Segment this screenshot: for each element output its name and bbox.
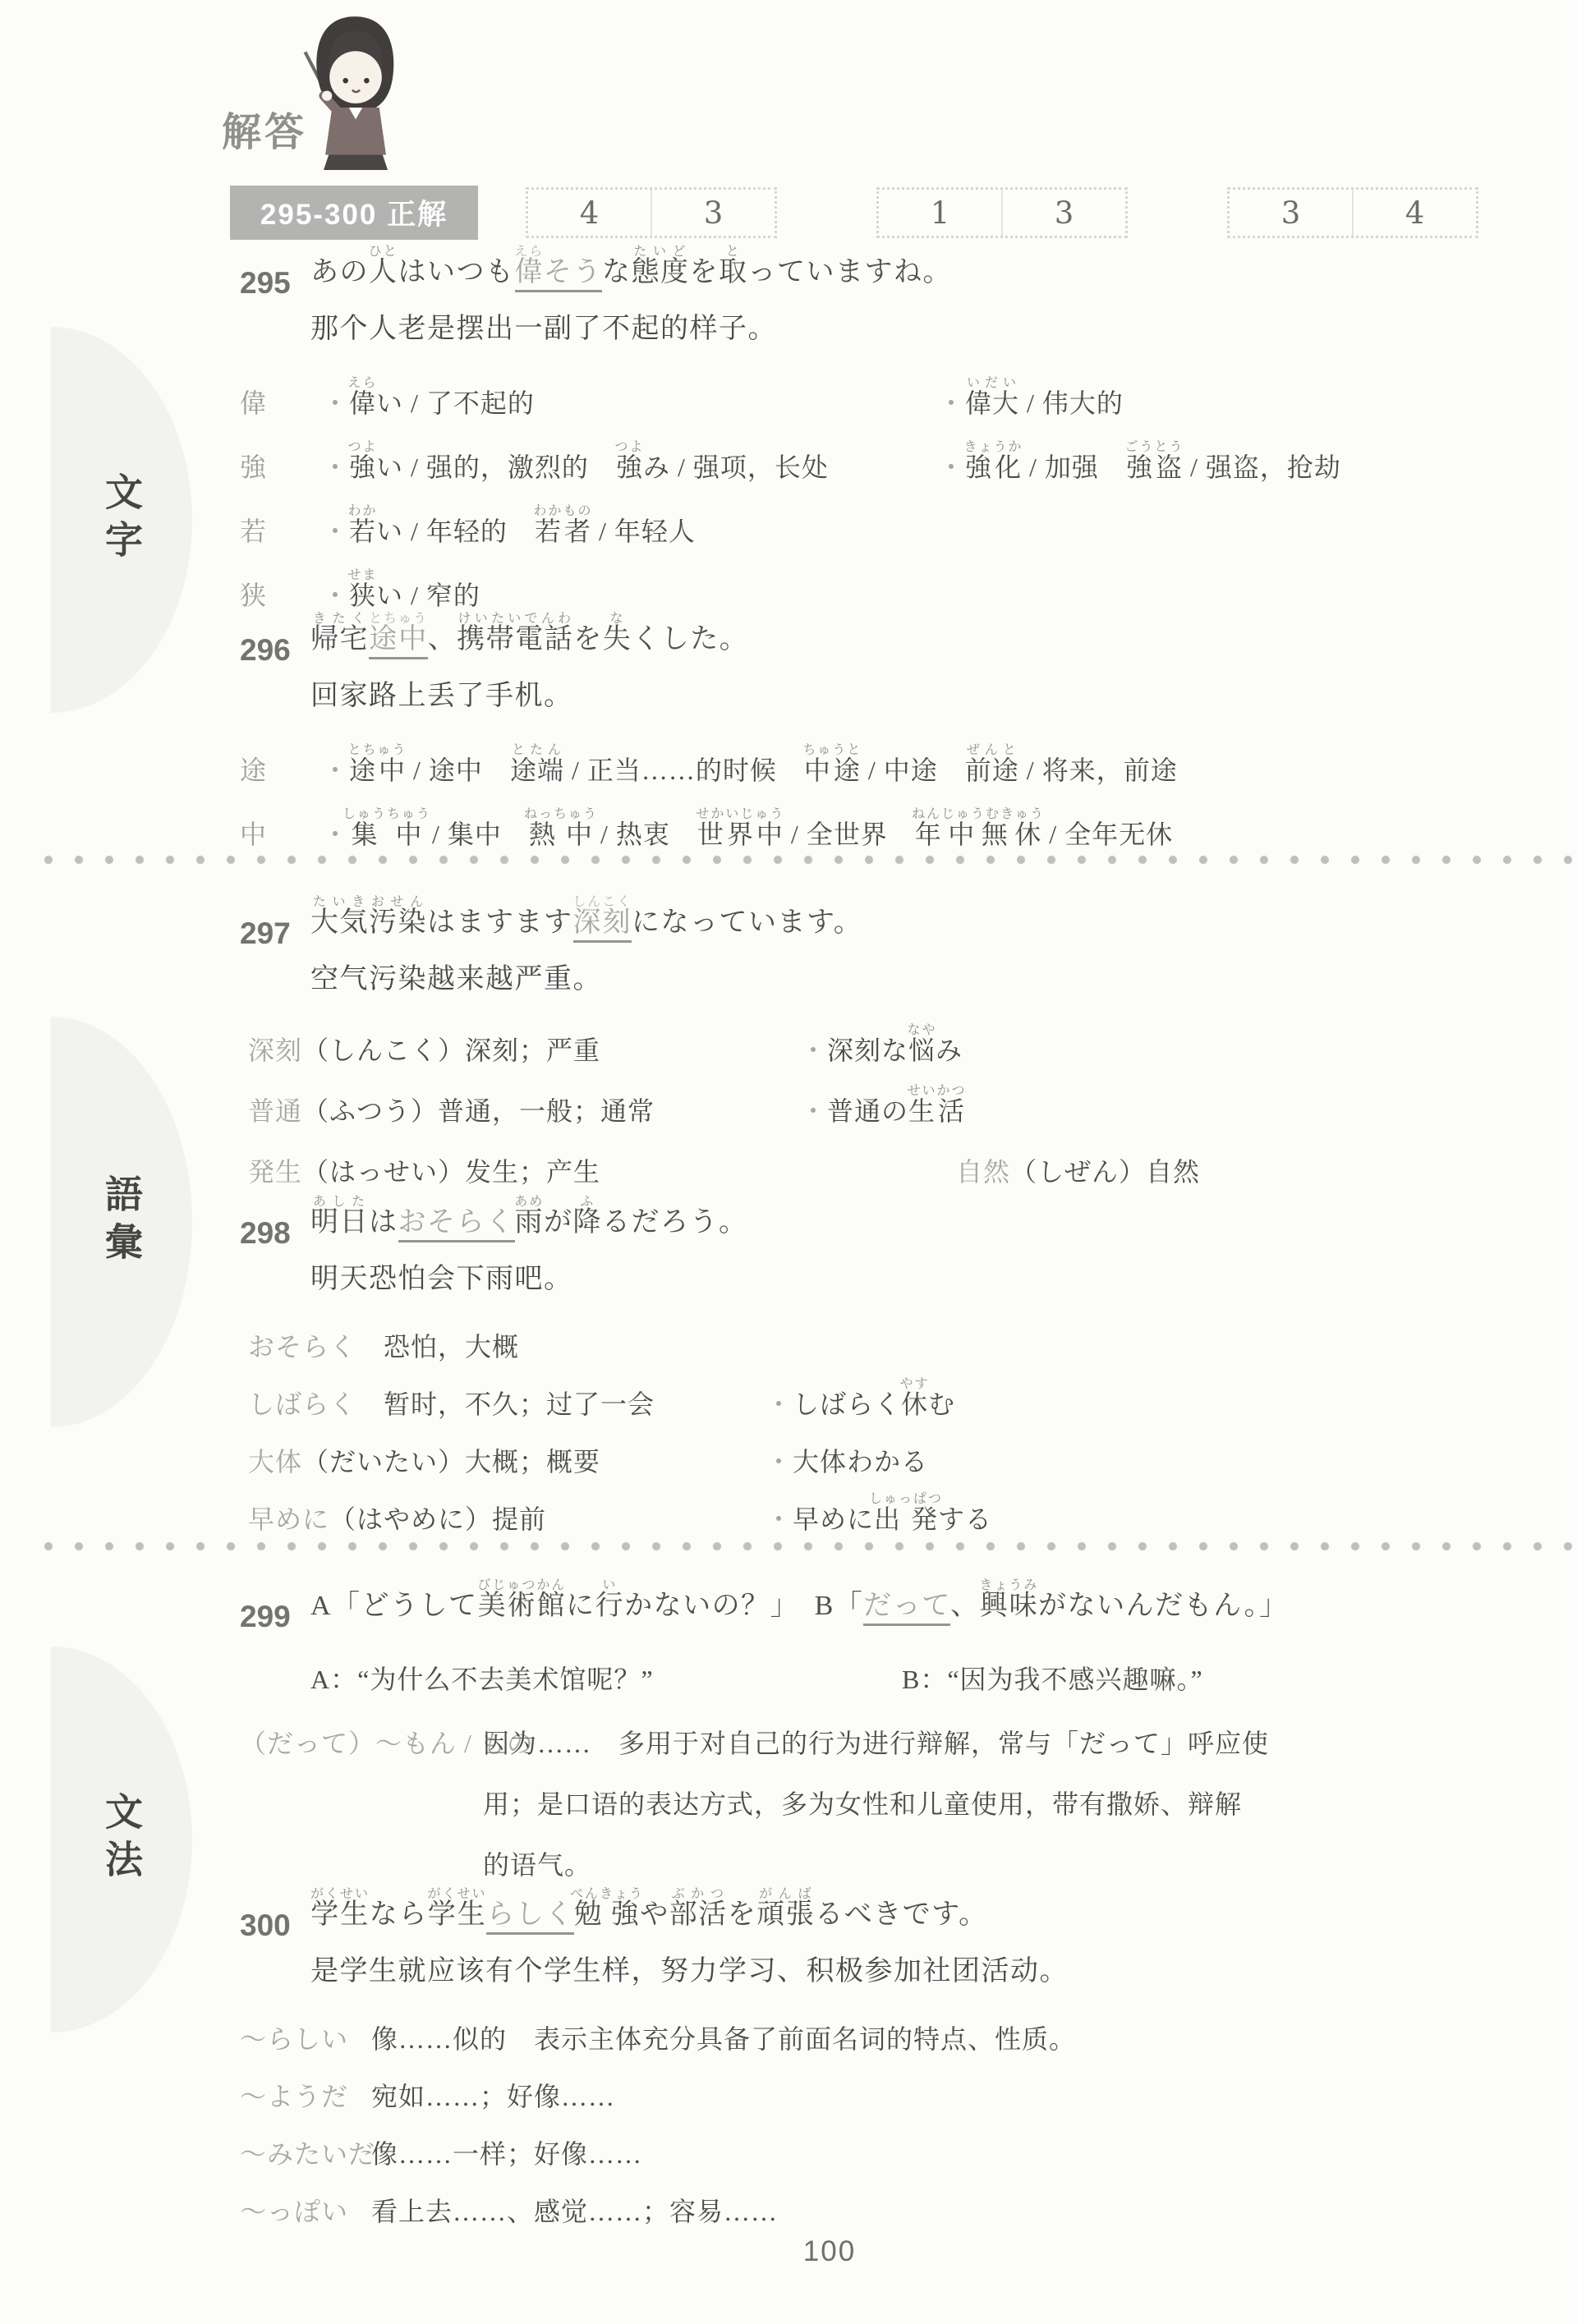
- question-number: 298: [240, 1216, 291, 1251]
- definition-row: ～っぽい看上去……、感觉……；容易……: [240, 2173, 1546, 2230]
- question-sentence: 明日あしたはおそらく雨あめが降ふるだろう。: [310, 1195, 1546, 1249]
- question-number: 295: [240, 266, 291, 301]
- question-sentence: A「どうして美術館びじゅつかんに行いかないの？」 B「だって、興味きょうみがない…: [310, 1578, 1546, 1633]
- definition-row: 発生（はっせい）发生；产生自然（しぜん）自然: [240, 1130, 1546, 1191]
- question-sentence: 大気たいき汚染おせんはますます深刻しんこくになっています。: [310, 895, 1546, 949]
- question-295: 295 あの人ひとはいつも偉えらそうな態度たいどを取とっていますね。 那个人老是…: [240, 245, 1546, 614]
- translation: 回家路上丢了手机。: [310, 679, 1546, 714]
- definition-row: 普通（ふつう）普通，一般；通常・普通の生活せいかつ: [240, 1069, 1546, 1130]
- answer-group: 43: [526, 187, 777, 238]
- sidebar-tab-label: 文字: [94, 472, 149, 567]
- sidebar-tab-goi: 語彙: [51, 1017, 192, 1427]
- question-299: 299 A「どうして美術館びじゅつかんに行いかないの？」 B「だって、興味きょう…: [240, 1578, 1546, 1884]
- definition-row: おそらく 恐怕，大概: [240, 1308, 1546, 1366]
- definition-row: A：“为什么不去美术馆呢？”B：“因为我不感兴趣嘛。”: [240, 1644, 1546, 1698]
- question-sentence: 学生がくせいなら学生がくせいらしく勉強べんきょうや部活ぶかつを頑張がんばるべきで…: [310, 1887, 1546, 1941]
- definition-row: 若・若わかい / 年轻的 若者わかもの / 年轻人: [240, 486, 1546, 550]
- answer-cell: 3: [1001, 190, 1125, 236]
- definition-row: 強・強つよい / 强的，激烈的 強つよみ / 强项，长处・強化きょうか / 加强…: [240, 422, 1546, 486]
- question-number: 297: [240, 916, 291, 951]
- sidebar-tab-moji: 文字: [51, 327, 192, 713]
- explanation-rows: （だって）～もん / もの因为…… 多用于对自己的行为进行辩解，常与「だって」呼…: [240, 1702, 1546, 1884]
- translation: 那个人老是摆出一副了不起的样子。: [310, 312, 1546, 347]
- answer-strip: 431334: [526, 187, 1478, 240]
- question-sentence: あの人ひとはいつも偉えらそうな態度たいどを取とっていますね。: [310, 245, 1546, 299]
- sidebar-tab-label: 文法: [94, 1792, 149, 1887]
- definition-row: 途・途中とちゅう / 途中 途端とたん / 正当……的时候 中途ちゅうと / 中…: [240, 725, 1546, 789]
- definition-row: ～みたいだ像……一样；好像……: [240, 2115, 1546, 2173]
- question-number: 300: [240, 1908, 291, 1943]
- question-298: 298 明日あしたはおそらく雨あめが降ふるだろう。 明天恐怕会下雨吧。 おそらく…: [240, 1195, 1546, 1538]
- definition-row: 大体（だいたい）大概；概要・大体わかる: [240, 1423, 1546, 1481]
- translation: 是学生就应该有个学生样，努力学习、积极参加社团活动。: [310, 1954, 1546, 1989]
- question-number: 299: [240, 1600, 291, 1634]
- sidebar-tab-label: 語彙: [94, 1174, 149, 1270]
- answer-cell: 1: [879, 190, 1001, 236]
- dotted-divider: [43, 854, 1577, 866]
- dotted-divider: [43, 1541, 1577, 1552]
- definition-rows: 偉・偉えらい / 了不起的・偉大いだい / 伟大的強・強つよい / 强的，激烈的…: [240, 358, 1546, 614]
- definition-row: しばらく 暂时，不久；过了一会・しばらく休やすむ: [240, 1366, 1546, 1423]
- definition-row: ～ようだ宛如……；好像……: [240, 2058, 1546, 2115]
- definition-row: （だって）～もん / もの因为…… 多用于对自己的行为进行辩解，常与「だって」呼…: [240, 1702, 1546, 1762]
- answer-cell: 3: [1230, 190, 1352, 236]
- definition-row: 早めに（はやめに）提前・早めに出発しゅっぱつする: [240, 1481, 1546, 1538]
- answer-group: 34: [1227, 187, 1478, 238]
- mascot-illustration: [289, 11, 421, 172]
- question-300: 300 学生がくせいなら学生がくせいらしく勉強べんきょうや部活ぶかつを頑張がんば…: [240, 1887, 1546, 2230]
- definition-row: 深刻（しんこく）深刻；严重・深刻な悩なやみ: [240, 1008, 1546, 1069]
- answer-range-label: 295-300 正解: [230, 186, 478, 240]
- translation: 空气污染越来越严重。: [310, 962, 1546, 997]
- question-296: 296 帰宅きたく途中とちゅう、携帯電話けいたいでんわを失なくした。 回家路上丢…: [240, 612, 1546, 853]
- answer-cell: 3: [651, 190, 775, 236]
- question-sentence: 帰宅きたく途中とちゅう、携帯電話けいたいでんわを失なくした。: [310, 612, 1546, 666]
- definition-rows: おそらく 恐怕，大概しばらく 暂时，不久；过了一会・しばらく休やすむ大体（だいた…: [240, 1308, 1546, 1538]
- page-root: { "page": { "number": "100" }, "header":…: [0, 0, 1577, 2324]
- definition-row: ～らしい像……似的 表示主体充分具备了前面名词的特点、性质。: [240, 2000, 1546, 2058]
- page-number: 100: [756, 2235, 903, 2268]
- answer-cell: 4: [1352, 190, 1476, 236]
- translation: 明天恐怕会下雨吧。: [310, 1262, 1546, 1297]
- definition-row: 的语气。: [240, 1823, 1546, 1884]
- definition-rows: 深刻（しんこく）深刻；严重・深刻な悩なやみ普通（ふつう）普通，一般；通常・普通の…: [240, 1008, 1546, 1191]
- question-number: 296: [240, 633, 291, 668]
- definition-row: 中・集中しゅうちゅう / 集中 熱中ねっちゅう / 热衷 世界中せかいじゅう /…: [240, 789, 1546, 853]
- definition-rows: 途・途中とちゅう / 途中 途端とたん / 正当……的时候 中途ちゅうと / 中…: [240, 725, 1546, 853]
- translation-rows: A：“为什么不去美术馆呢？”B：“因为我不感兴趣嘛。”: [240, 1644, 1546, 1698]
- definition-rows: ～らしい像……似的 表示主体充分具备了前面名词的特点、性质。～ようだ宛如……；好…: [240, 2000, 1546, 2230]
- answer-cell: 4: [528, 190, 651, 236]
- definition-row: 狭・狭せまい / 窄的: [240, 550, 1546, 614]
- question-297: 297 大気たいき汚染おせんはますます深刻しんこくになっています。 空气污染越来…: [240, 895, 1546, 1191]
- sidebar-tab-bunpo: 文法: [51, 1647, 192, 2032]
- definition-row: 偉・偉えらい / 了不起的・偉大いだい / 伟大的: [240, 358, 1546, 422]
- definition-row: 用；是口语的表达方式，多为女性和儿童使用，带有撒娇、辩解: [240, 1762, 1546, 1823]
- answer-group: 13: [876, 187, 1128, 238]
